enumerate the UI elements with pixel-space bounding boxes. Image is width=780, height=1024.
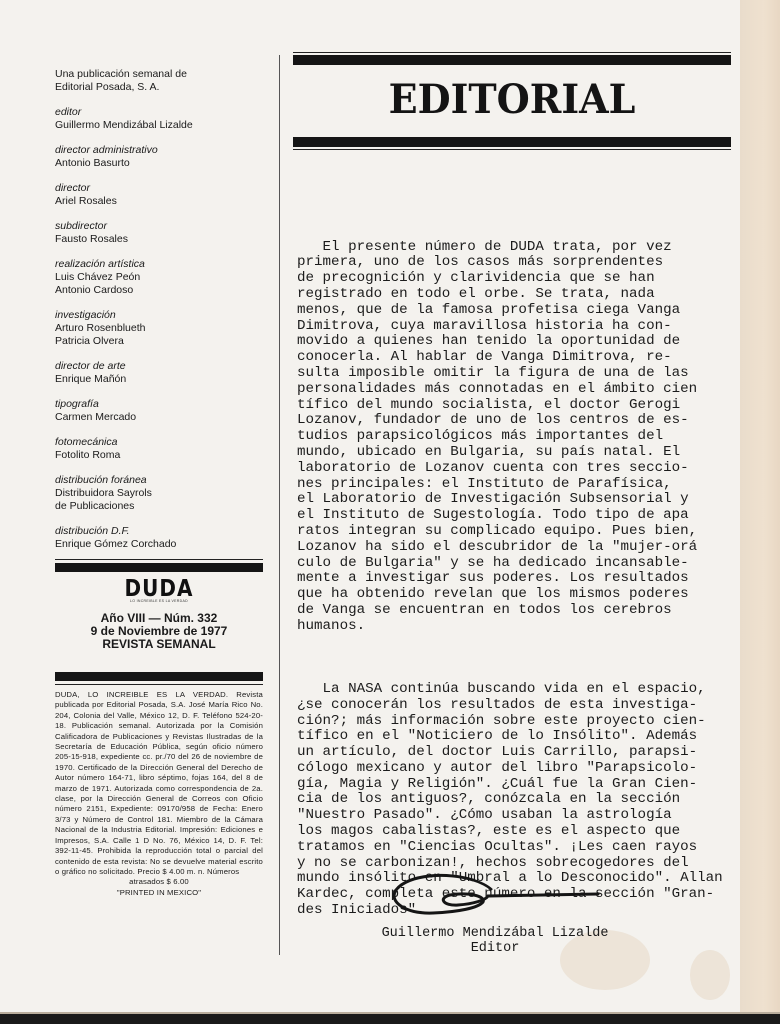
editorial-line: culo de Bulgaria" y se ha dedicado incan…: [297, 556, 767, 572]
credit-role: editor: [55, 106, 263, 119]
editorial-line: gía, Magia y Religión". ¿Cuál fue la Gra…: [297, 777, 767, 793]
editorial-line: tratamos en "Ciencias Ocultas". ¡Les cae…: [297, 840, 767, 856]
editorial-line: El presente número de DUDA trata, por ve…: [297, 240, 767, 256]
credit-name: Carmen Mercado: [55, 411, 263, 424]
editorial-line: "Nuestro Pasado". ¿Cómo usaban la astrol…: [297, 808, 767, 824]
editorial-line: Lozanov ha sido el descubridor de la "mu…: [297, 540, 767, 556]
intro-line: Una publicación semanal de: [55, 68, 263, 81]
credit-name: Antonio Basurto: [55, 157, 263, 170]
credit-fotomecanica: fotomecánica Fotolito Roma: [55, 436, 263, 462]
credit-name: Patricia Olvera: [55, 335, 263, 348]
editorial-line: ción?; más información sobre este proyec…: [297, 714, 767, 730]
credit-name: de Publicaciones: [55, 500, 263, 513]
paper-stain: [690, 950, 730, 1000]
credit-name: Guillermo Mendizábal Lizalde: [55, 119, 263, 132]
credit-role: fotomecánica: [55, 436, 263, 449]
credit-realizacion-artistica: realización artística Luis Chávez Peón A…: [55, 258, 263, 297]
credit-name: Arturo Rosenblueth: [55, 322, 263, 335]
editorial-body: El presente número de DUDA trata, por ve…: [297, 208, 767, 935]
editorial-line: ratos integran su complicado equipo. Pue…: [297, 524, 767, 540]
credit-role: investigación: [55, 309, 263, 322]
rule-thick: [55, 672, 263, 681]
credit-subdirector: subdirector Fausto Rosales: [55, 220, 263, 246]
rule-thick: [293, 137, 731, 147]
editorial-line: La NASA continúa buscando vida en el esp…: [297, 682, 767, 698]
credit-distribucion-df: distribución D.F. Enrique Gómez Corchado: [55, 525, 263, 551]
editorial-line: nes principales: el Instituto de Parafís…: [297, 477, 767, 493]
rule-thin: [293, 52, 731, 53]
editorial-line: Dimitrova, cuya maravillosa historia ha …: [297, 319, 767, 335]
credit-role: director de arte: [55, 360, 263, 373]
credit-role: subdirector: [55, 220, 263, 233]
credit-name: Enrique Mañón: [55, 373, 263, 386]
editorial-line: ¿se conocerán los resultados de esta inv…: [297, 698, 767, 714]
editorial-title: EDITORIAL: [304, 76, 720, 123]
credit-director-de-arte: director de arte Enrique Mañón: [55, 360, 263, 386]
issue-info: DUDA LO INCREIBLE ES LA VERDAD Año VIII …: [55, 578, 263, 651]
rule-thin: [55, 559, 263, 560]
editorial-line: cia de los antiguos?, conózcala en la se…: [297, 792, 767, 808]
editorial-line: un artículo, del doctor Luis Carrillo, p…: [297, 745, 767, 761]
editorial-line: primera, uno de los casos más sorprenden…: [297, 255, 767, 271]
legal-text: DUDA, LO INCREIBLE ES LA VERDAD. Revista…: [55, 690, 263, 876]
editorial-line: sulta imposible omitir la figura de una …: [297, 366, 767, 382]
credit-role: director administrativo: [55, 144, 263, 157]
back-issues-price: atrasados $ 6.00: [55, 877, 263, 887]
masthead-credits: Una publicación semanal de Editorial Pos…: [55, 68, 263, 561]
credit-name: Luis Chávez Peón: [55, 271, 263, 284]
rule-thin: [293, 149, 731, 150]
editorial-line: los magos cabalistas?, este es el aspect…: [297, 824, 767, 840]
signature-block: Guillermo Mendizábal Lizalde Editor: [330, 926, 660, 956]
credit-role: tipografía: [55, 398, 263, 411]
editorial-line: de Vanga se encuentran en todos los cere…: [297, 603, 767, 619]
credit-investigacion: investigación Arturo Rosenblueth Patrici…: [55, 309, 263, 348]
credit-name: Distribuidora Sayrols: [55, 487, 263, 500]
editorial-line: tífico en el "Noticiero de lo Insólito".…: [297, 729, 767, 745]
credit-role: distribución foránea: [55, 474, 263, 487]
editorial-line: humanos.: [297, 619, 767, 635]
credit-name: Fotolito Roma: [55, 449, 263, 462]
credit-role: distribución D.F.: [55, 525, 263, 538]
duda-logo: DUDA: [55, 577, 263, 600]
editorial-line: mundo, ubicado en Bulgaria, su país nata…: [297, 445, 767, 461]
editorial-line: de precognición y clarividencia que se h…: [297, 271, 767, 287]
editorial-line: registrado en todo el orbe. Se trata, na…: [297, 287, 767, 303]
intro-line: Editorial Posada, S. A.: [55, 81, 263, 94]
editorial-line: que ha obtenido revelan que los mismos p…: [297, 587, 767, 603]
rule-thin: [55, 684, 263, 685]
credit-name: Antonio Cardoso: [55, 284, 263, 297]
editorial-line: personalidades más connotadas en el ámbi…: [297, 382, 767, 398]
printed-in-mexico: "PRINTED IN MEXICO": [55, 888, 263, 898]
editorial-line: tífico del mundo socialista, el doctor G…: [297, 398, 767, 414]
editorial-paragraph-1: El presente número de DUDA trata, por ve…: [297, 240, 767, 635]
editorial-line: el Laboratorio de Investigación Subsenso…: [297, 492, 767, 508]
editorial-line: conocerla. Al hablar de Vanga Dimitrova,…: [297, 350, 767, 366]
editorial-line: tudios parapsicológicos más importantes …: [297, 429, 767, 445]
credit-name: Enrique Gómez Corchado: [55, 538, 263, 551]
credit-editor: editor Guillermo Mendizábal Lizalde: [55, 106, 263, 132]
rule-thick: [55, 563, 263, 572]
editorial-line: el Instituto de Sugestología. Todo tipo …: [297, 508, 767, 524]
credit-name: Fausto Rosales: [55, 233, 263, 246]
editorial-line: laboratorio de Lozanov cuenta con tres s…: [297, 461, 767, 477]
rule-thick: [293, 55, 731, 65]
editorial-line: menos, que de la famosa profetisa ciega …: [297, 303, 767, 319]
credit-director-administrativo: director administrativo Antonio Basurto: [55, 144, 263, 170]
editorial-line: Lozanov, fundador de uno de los centros …: [297, 413, 767, 429]
signature-name: Guillermo Mendizábal Lizalde: [330, 926, 660, 941]
page-bottom-edge: [0, 1012, 780, 1024]
legal-notice: DUDA, LO INCREIBLE ES LA VERDAD. Revista…: [55, 690, 263, 898]
editorial-line: mente a investigar sus poderes. Los resu…: [297, 571, 767, 587]
signature-scribble: [388, 868, 603, 923]
credit-tipografia: tipografía Carmen Mercado: [55, 398, 263, 424]
editorial-line: movido a quienes han tenido la oportunid…: [297, 334, 767, 350]
credit-distribucion-foranea: distribución foránea Distribuidora Sayro…: [55, 474, 263, 513]
editorial-line: cólogo mexicano y autor del libro "Parap…: [297, 761, 767, 777]
credit-name: Ariel Rosales: [55, 195, 263, 208]
publisher-intro: Una publicación semanal de Editorial Pos…: [55, 68, 263, 94]
column-divider: [279, 55, 280, 955]
signature-title: Editor: [330, 941, 660, 956]
credit-role: realización artística: [55, 258, 263, 271]
credit-director: director Ariel Rosales: [55, 182, 263, 208]
issue-type: REVISTA SEMANAL: [55, 638, 263, 651]
credit-role: director: [55, 182, 263, 195]
